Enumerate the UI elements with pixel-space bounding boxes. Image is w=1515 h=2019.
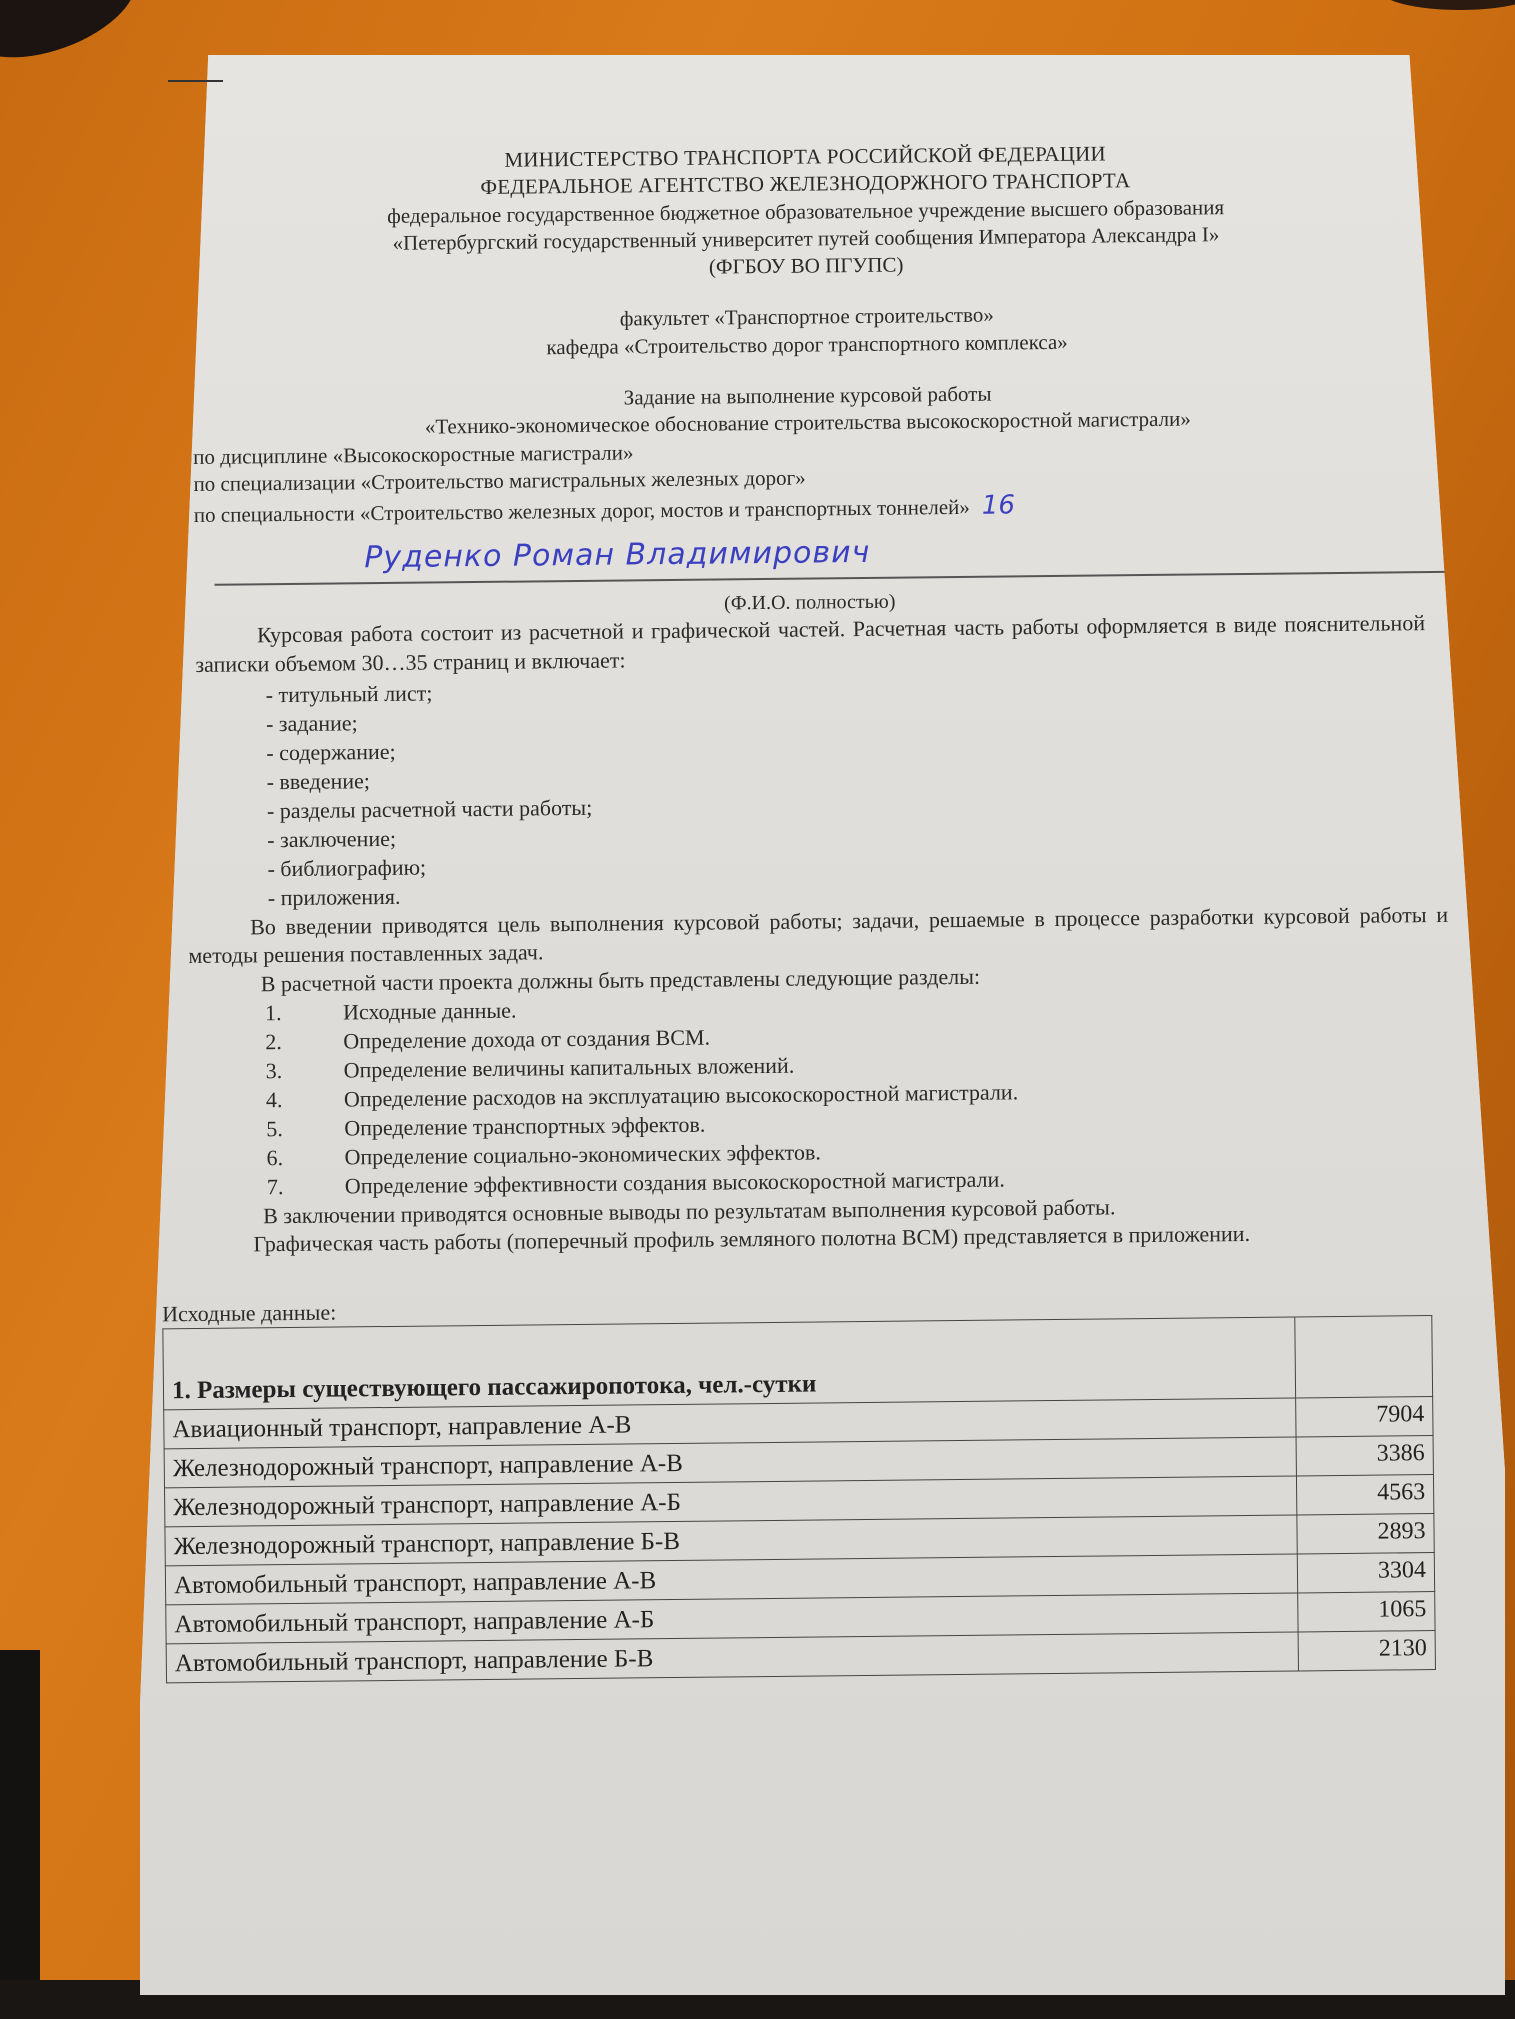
row-value: 1065 xyxy=(1298,1592,1435,1632)
row-value: 2893 xyxy=(1297,1514,1434,1554)
source-data-table: 1. Размеры существующего пассажиропотока… xyxy=(162,1315,1436,1683)
variant-number-handwritten: 16 xyxy=(982,491,1015,521)
section-number: 2. xyxy=(265,1027,343,1057)
row-value: 3386 xyxy=(1296,1436,1433,1476)
desk-background-object xyxy=(1380,0,1515,10)
student-name-handwritten: Руденко Роман Владимирович xyxy=(364,533,870,577)
specialty: по специальности «Строительство железных… xyxy=(194,495,970,527)
row-value: 2130 xyxy=(1298,1631,1435,1671)
staple-mark xyxy=(168,80,223,82)
section-text: Определение дохода от создания ВСМ. xyxy=(343,1023,710,1056)
document-content: МИНИСТЕРСТВО ТРАНСПОРТА РОССИЙСКОЙ ФЕДЕР… xyxy=(190,137,1436,1683)
section-number: 6. xyxy=(266,1143,344,1173)
section-text: Исходные данные. xyxy=(343,996,517,1027)
table-section-value xyxy=(1295,1316,1433,1398)
row-value: 4563 xyxy=(1296,1475,1433,1515)
section-number: 4. xyxy=(266,1085,344,1115)
desk-edge xyxy=(0,1650,40,2019)
section-text: Определение величины капитальных вложени… xyxy=(343,1051,794,1085)
table-section-title: 1. Размеры существующего пассажиропотока… xyxy=(163,1317,1296,1410)
desk-background-object xyxy=(0,0,150,78)
row-value: 7904 xyxy=(1296,1397,1433,1437)
sections-list: 1.Исходные данные.2.Определение дохода о… xyxy=(265,986,1431,1201)
section-text: Определение транспортных эффектов. xyxy=(344,1110,705,1143)
intro-paragraph: Курсовая работа состоит из расчетной и г… xyxy=(195,609,1426,679)
section-number: 7. xyxy=(267,1172,345,1202)
section-number: 1. xyxy=(265,998,343,1028)
section-number: 3. xyxy=(265,1056,343,1086)
section-number: 5. xyxy=(266,1114,344,1144)
table-section-row: 1. Размеры существующего пассажиропотока… xyxy=(163,1316,1433,1410)
row-value: 3304 xyxy=(1297,1553,1434,1593)
contents-list: - титульный лист;- задание;- содержание;… xyxy=(266,668,1428,912)
